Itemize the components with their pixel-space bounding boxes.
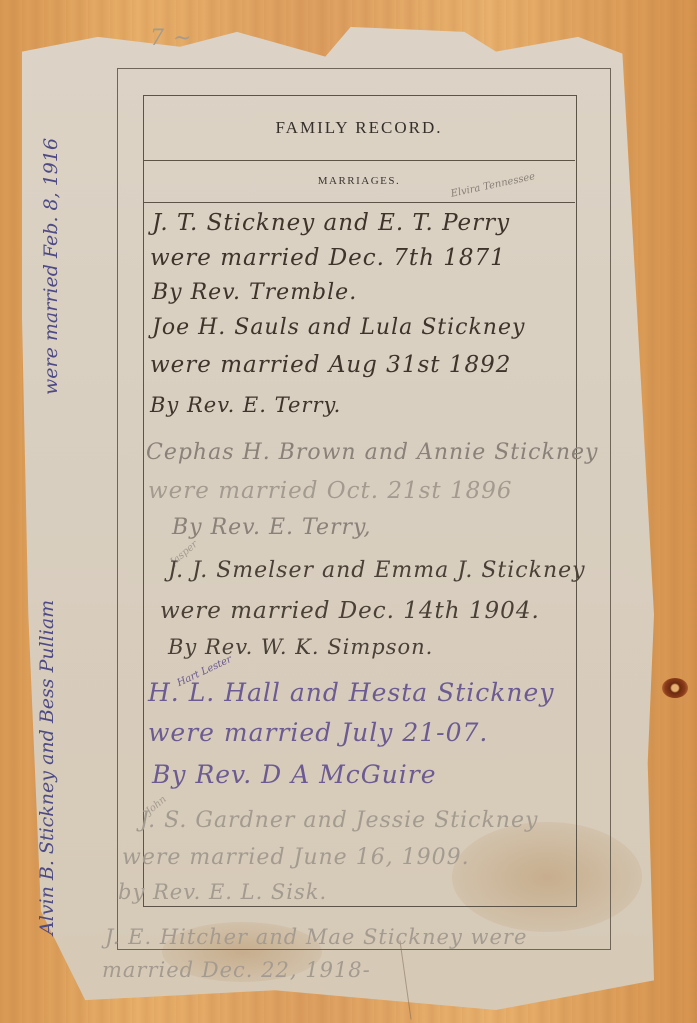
entry-3-married: were married Oct. 21st 1896 — [148, 478, 513, 504]
margin-note-line1: Alvin B. Stickney and Bess Pulliam — [36, 600, 58, 935]
section-title: MARRIAGES. — [318, 175, 401, 187]
entry-3-names: Cephas H. Brown and Annie Stickney — [146, 440, 598, 465]
entry-1-married: were married Dec. 7th 1871 — [150, 245, 506, 271]
title-band: FAMILY RECORD. — [143, 95, 575, 161]
entry-6-officiant: by Rev. E. L. Sisk. — [118, 880, 327, 904]
entry-2-married: were married Aug 31st 1892 — [150, 352, 511, 378]
entry-7-married: married Dec. 22, 1918- — [102, 958, 371, 982]
entry-2-officiant: By Rev. E. Terry. — [150, 393, 341, 417]
page-title: FAMILY RECORD. — [275, 118, 442, 138]
entry-4-names: J. J. Smelser and Emma J. Stickney — [168, 558, 586, 583]
entry-6-names: J. S. Gardner and Jessie Stickney — [140, 808, 538, 833]
entry-2-names: Joe H. Sauls and Lula Stickney — [152, 315, 525, 340]
entry-4-married: were married Dec. 14th 1904. — [160, 598, 540, 624]
entry-3-officiant: By Rev. E. Terry, — [172, 515, 372, 540]
entry-5-officiant: By Rev. D A McGuire — [152, 760, 437, 789]
entry-6-married: were married June 16, 1909. — [122, 845, 470, 870]
wood-knot — [662, 678, 688, 698]
entry-7-names: J. E. Hitcher and Mae Stickney were — [105, 925, 527, 949]
margin-note-line2: were married Feb. 8, 1916 — [40, 138, 62, 395]
entry-5-married: were married July 21-07. — [148, 718, 488, 747]
entry-1-names: J. T. Stickney and E. T. Perry — [152, 210, 510, 236]
top-scribble: 7 ~ — [150, 26, 192, 51]
entry-1-officiant: By Rev. Tremble. — [152, 280, 357, 305]
entry-5-names: H. L. Hall and Hesta Stickney — [148, 678, 554, 707]
entry-4-officiant: By Rev. W. K. Simpson. — [168, 635, 433, 659]
